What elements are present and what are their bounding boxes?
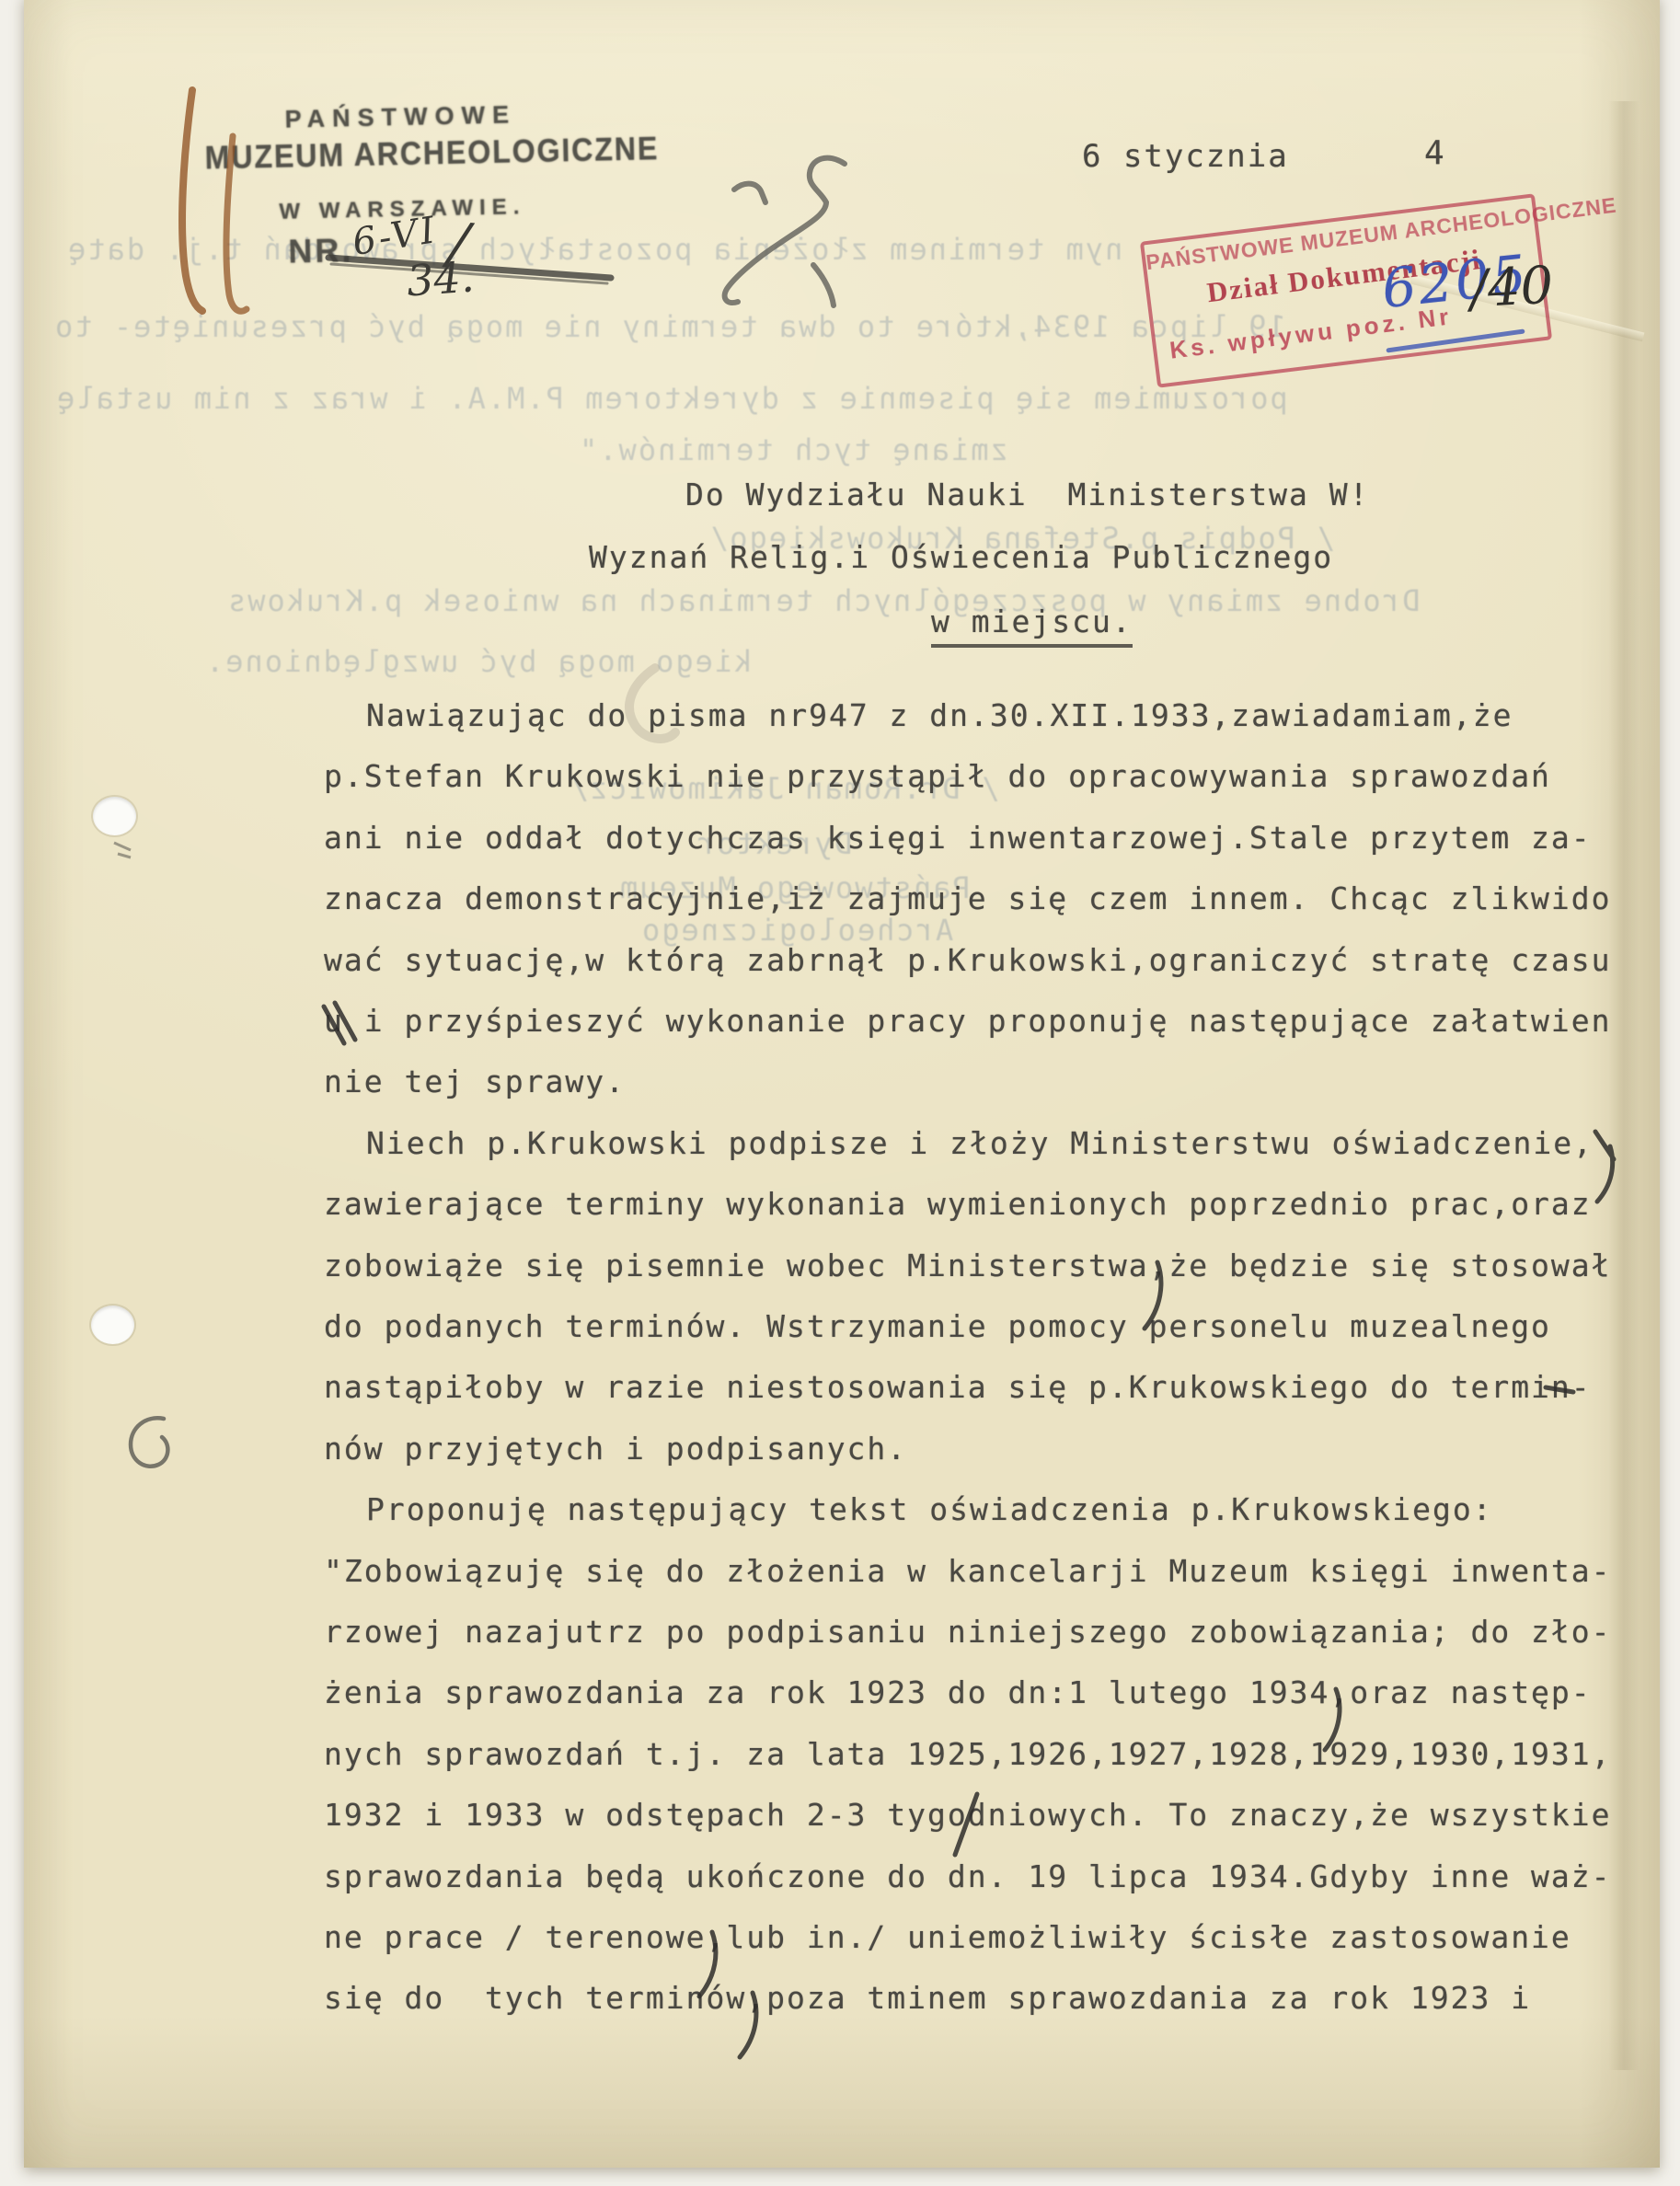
letter-date: 6 stycznia bbox=[1082, 138, 1289, 175]
body-line: ne prace / terenowe,lub in./ uniemożliwi… bbox=[324, 1919, 1571, 1955]
body-line: wać sytuację,w którą zabrnął p.Krukowski… bbox=[324, 942, 1612, 978]
body-line: 1932 i 1933 w odstępach 2-3 tygodniowych… bbox=[324, 1797, 1612, 1833]
body-line: żenia sprawozdania za rok 1923 do dn:1 l… bbox=[324, 1674, 1592, 1710]
show-through-text-line: nym terminem złożenia pozostałych sprawo… bbox=[66, 232, 1122, 267]
show-through-text-line: 19 lipca 1934,które to dwa terminy nie m… bbox=[53, 309, 1286, 344]
body-line: nie tej sprawy. bbox=[324, 1064, 626, 1099]
address-line1: Do Wydziału Nauki Ministerstwa W! bbox=[685, 477, 1370, 512]
handwritten-registry-number-black: /40 bbox=[1468, 256, 1554, 320]
punch-hole bbox=[93, 797, 136, 835]
letterhead-nr-label: NR. bbox=[288, 231, 354, 270]
body-line: u i przyśpieszyć wykonanie pracy proponu… bbox=[324, 1003, 1612, 1039]
body-line: znacza demonstracyjnie,iż zajmuje się cz… bbox=[324, 880, 1612, 916]
body-line: się do tych terminów,poza tminem sprawoz… bbox=[324, 1980, 1531, 2016]
body-line: nastąpiłoby w razie niestosowania się p.… bbox=[324, 1369, 1592, 1405]
show-through-text-line: porozumiem się pisemnie z dyrektorem P.M… bbox=[55, 381, 1288, 416]
show-through-text-line: Drobne zmiany w poszczególnych terminach… bbox=[226, 583, 1420, 618]
address-line3: w miejscu. bbox=[931, 604, 1133, 648]
body-line: nów przyjętych i podpisanych. bbox=[324, 1431, 907, 1467]
body-line: p.Stefan Krukowski nie przystąpił do opr… bbox=[324, 758, 1551, 794]
body-line: nych sprawozdań t.j. za lata 1925,1926,1… bbox=[324, 1736, 1612, 1772]
body-line: Proponuję następujący tekst oświadczenia… bbox=[324, 1491, 1493, 1527]
show-through-text-line: kiego mogą być uwzględnione. bbox=[204, 644, 752, 679]
body-line: "Zobowiązuję się do złożenia w kancelarj… bbox=[324, 1553, 1612, 1589]
body-line: zobowiąże się pisemnie wobec Ministerstw… bbox=[324, 1248, 1612, 1283]
punch-hole bbox=[91, 1306, 134, 1344]
body-line: sprawozdania będą ukończone do dn. 19 li… bbox=[324, 1858, 1612, 1894]
paper-crease bbox=[1608, 101, 1640, 2070]
handwritten-file-number-bottom: 34. bbox=[405, 252, 476, 306]
page-number: 4 bbox=[1424, 134, 1446, 172]
address-line2: Wyznań Relig.i Oświecenia Publicznego bbox=[589, 539, 1333, 575]
body-line: rzowej nazajutrz po podpisaniu niniejsze… bbox=[324, 1614, 1612, 1650]
body-line: do podanych terminów. Wstrzymanie pomocy… bbox=[324, 1308, 1551, 1344]
scanned-letter-page: nym terminem złożenia pozostałych sprawo… bbox=[0, 0, 1680, 2186]
body-line: ani nie oddał dotychczas księgi inwentar… bbox=[324, 820, 1592, 856]
show-through-text-line: zmianę tych terminów." bbox=[578, 432, 1008, 467]
body-line: Nawiązując do pisma nr947 z dn.30.XII.19… bbox=[324, 697, 1513, 733]
body-line: zawierające terminy wykonania wymieniony… bbox=[324, 1186, 1592, 1222]
body-line: Niech p.Krukowski podpisze i złoży Minis… bbox=[324, 1125, 1594, 1161]
